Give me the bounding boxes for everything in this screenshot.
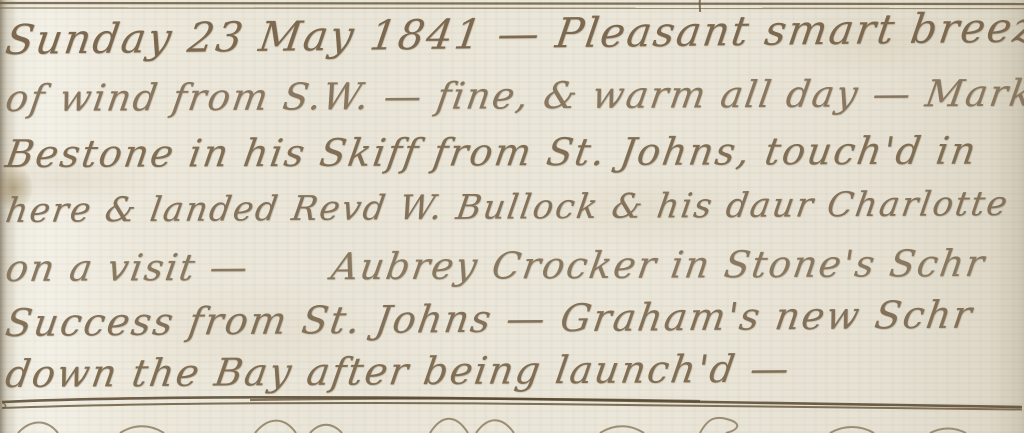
entry-line-6: Success from St. Johns — Graham's new Sc…	[3, 293, 977, 345]
manuscript-page: Sunday 23 May 1841 — Pleasant smart bree…	[0, 0, 1024, 433]
entry-line-7: down the Bay after being launch'd —	[3, 347, 794, 396]
entry-line-2: of wind from S.W. — fine, & warm all day…	[3, 72, 1024, 120]
entry-line-3: Bestone in his Skiff from St. Johns, tou…	[3, 129, 981, 176]
entry-line-1-date-weather: Sunday 23 May 1841 — Pleasant smart bree…	[2, 3, 1024, 64]
entry-line-5: on a visit — Aubrey Crocker in Stone's S…	[3, 242, 989, 290]
entry-line-4: here & landed Revd W. Bullock & his daur…	[3, 184, 1012, 231]
next-entry-fragment	[0, 412, 1024, 433]
